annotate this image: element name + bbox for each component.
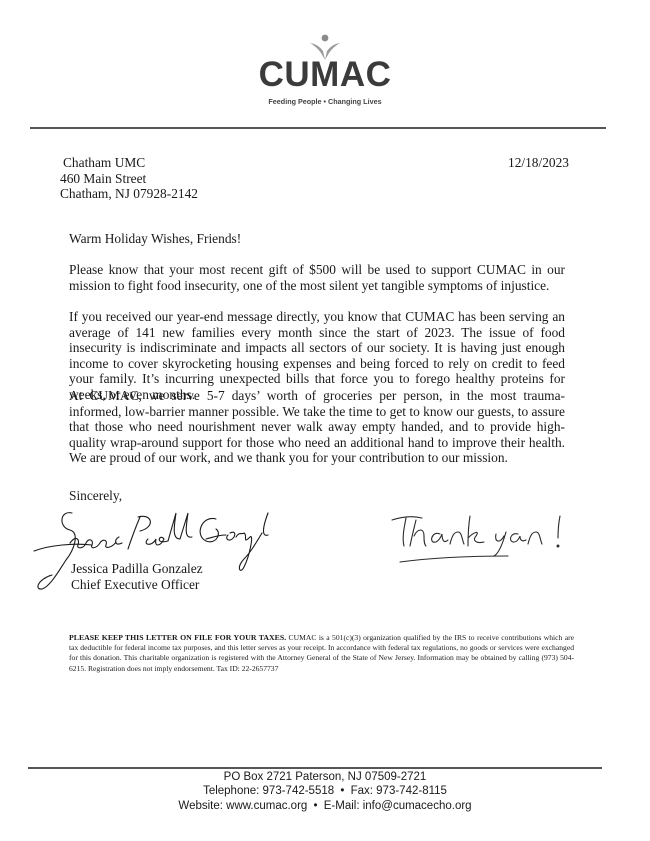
- footer-website: Website: www.cumac.org: [178, 800, 307, 812]
- tax-notice: PLEASE KEEP THIS LETTER ON FILE FOR YOUR…: [69, 633, 574, 674]
- footer-email: E-Mail: info@cumacecho.org: [324, 800, 472, 812]
- signer-title: Chief Executive Officer: [71, 577, 203, 593]
- footer-phone-fax: Telephone: 973-742-5518 • Fax: 973-742-8…: [0, 784, 650, 798]
- closing: Sincerely,: [69, 488, 122, 504]
- footer-fax: Fax: 973-742-8115: [351, 785, 447, 797]
- header-divider: [30, 127, 606, 129]
- recipient-line: Chatham, NJ 07928-2142: [60, 186, 198, 202]
- greeting: Warm Holiday Wishes, Friends!: [69, 231, 241, 247]
- signer-block: Jessica Padilla Gonzalez Chief Executive…: [71, 561, 203, 592]
- letter-date: 12/18/2023: [508, 155, 569, 171]
- org-name: CUMAC: [250, 55, 400, 95]
- handwritten-thank-you-note: [390, 510, 580, 565]
- footer-divider: [28, 767, 602, 769]
- recipient-address: Chatham UMC 460 Main Street Chatham, NJ …: [60, 155, 198, 202]
- body-paragraph-1: Please know that your most recent gift o…: [69, 262, 565, 293]
- tax-notice-heading: PLEASE KEEP THIS LETTER ON FILE FOR YOUR…: [69, 633, 286, 642]
- separator-dot: •: [340, 785, 344, 797]
- body-paragraph-3: At CUMAC, we serve 5-7 days’ worth of gr…: [69, 388, 565, 466]
- tagline: Feeding People • Changing Lives: [250, 97, 400, 106]
- footer-telephone: Telephone: 973-742-5518: [203, 785, 334, 797]
- separator-dot: •: [314, 800, 318, 812]
- recipient-line: Chatham UMC: [60, 155, 198, 171]
- footer-address: PO Box 2721 Paterson, NJ 07509-2721: [0, 770, 650, 784]
- letterhead-footer: PO Box 2721 Paterson, NJ 07509-2721 Tele…: [0, 770, 650, 813]
- footer-web-email: Website: www.cumac.org • E-Mail: info@cu…: [0, 799, 650, 813]
- recipient-line: 460 Main Street: [60, 171, 198, 187]
- letterhead-logo: CUMAC Feeding People • Changing Lives: [250, 34, 400, 114]
- signer-name: Jessica Padilla Gonzalez: [71, 561, 203, 577]
